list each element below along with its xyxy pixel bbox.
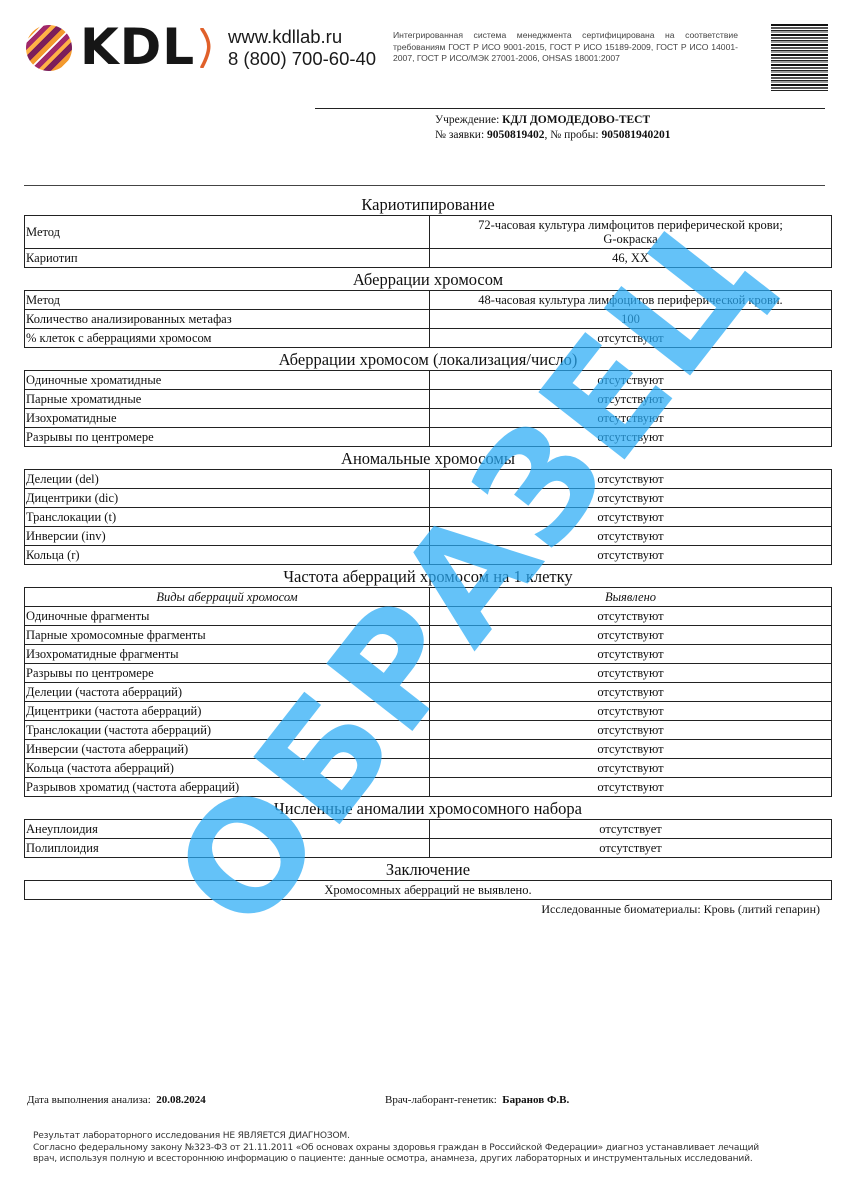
section-title-abnormal: Аномальные хромосомы <box>24 447 832 469</box>
karyotype-value: 46, XX <box>430 249 832 268</box>
row-value: отсутствуют <box>430 607 832 626</box>
row-label: Кольца (r) <box>25 546 430 565</box>
row-label: Кольца (частота аберраций) <box>25 759 430 778</box>
karyotyping-table: Метод 72-часовая культура лимфоцитов пер… <box>24 215 832 268</box>
section-title-karyotyping: Кариотипирование <box>24 193 832 215</box>
table-row: Хромосомных аберраций не выявлено. <box>25 881 832 900</box>
table-row: Метод 72-часовая культура лимфоцитов пер… <box>25 216 832 249</box>
order-line: № заявки: 9050819402, № пробы: 905081940… <box>435 128 670 143</box>
table-row: Делеции (del)отсутствуют <box>25 470 832 489</box>
section-title-conclusion: Заключение <box>24 858 832 880</box>
section-title-frequency: Частота аберраций хромосом на 1 клетку <box>24 565 832 587</box>
table-row: Транслокации (t)отсутствуют <box>25 508 832 527</box>
column-header-found: Выявлено <box>430 588 832 607</box>
doctor-name: Баранов Ф.В. <box>502 1094 569 1106</box>
row-value: отсутствуют <box>430 546 832 565</box>
table-header-row: Виды аберраций хромосом Выявлено <box>25 588 832 607</box>
row-label: Метод <box>25 216 430 249</box>
row-value: 100 <box>430 310 832 329</box>
row-value: отсутствуют <box>430 721 832 740</box>
table-row: Инверсии (частота аберраций)отсутствуют <box>25 740 832 759</box>
sample-number: 905081940201 <box>601 129 670 141</box>
row-value: отсутствуют <box>430 329 832 348</box>
website-link[interactable]: www.kdllab.ru <box>228 26 376 48</box>
row-value: 72-часовая культура лимфоцитов периферич… <box>430 216 832 249</box>
table-row: Количество анализированных метафаз100 <box>25 310 832 329</box>
table-row: Метод48-часовая культура лимфоцитов пери… <box>25 291 832 310</box>
barcode <box>771 24 828 91</box>
phone-number: 8 (800) 700-60-40 <box>228 48 376 70</box>
table-row: Парные хроматидныеотсутствуют <box>25 390 832 409</box>
row-label: Изохроматидные фрагменты <box>25 645 430 664</box>
table-row: Кариотип 46, XX <box>25 249 832 268</box>
row-label: Кариотип <box>25 249 430 268</box>
order-info: Учреждение: КДЛ ДОМОДЕДОВО-ТЕСТ № заявки… <box>435 113 670 143</box>
disclaimer-line: Результат лабораторного исследования НЕ … <box>33 1131 823 1143</box>
row-label: Одиночные хроматидные <box>25 371 430 390</box>
method-line: 72-часовая культура лимфоцитов периферич… <box>431 218 830 232</box>
row-value: отсутствуют <box>430 778 832 797</box>
doctor-label: Врач-лаборант-генетик: <box>385 1094 497 1106</box>
row-label: Парные хромосомные фрагменты <box>25 626 430 645</box>
divider <box>24 185 825 186</box>
row-label: Дицентрики (частота аберраций) <box>25 702 430 721</box>
letterhead: KDL www.kdllab.ru 8 (800) 700-60-40 Инте… <box>0 0 848 100</box>
row-value: отсутствуют <box>430 470 832 489</box>
brand-chevron-icon <box>199 28 213 68</box>
row-value: отсутствуют <box>430 409 832 428</box>
section-title-localization: Аберрации хромосом (локализация/число) <box>24 348 832 370</box>
date-value: 20.08.2024 <box>156 1094 206 1106</box>
table-row: Разрывов хроматид (частота аберраций)отс… <box>25 778 832 797</box>
table-row: Дицентрики (частота аберраций)отсутствую… <box>25 702 832 721</box>
row-value: отсутствуют <box>430 626 832 645</box>
biomaterials-note: Исследованные биоматериалы: Кровь (литий… <box>24 901 832 917</box>
institution-label: Учреждение: <box>435 114 499 126</box>
brand-logo: KDL <box>80 17 195 77</box>
report-body: Кариотипирование Метод 72-часовая культу… <box>24 193 832 917</box>
frequency-table: Виды аберраций хромосом Выявлено Одиночн… <box>24 587 832 797</box>
table-row: Делеции (частота аберраций)отсутствуют <box>25 683 832 702</box>
row-label: Анеуплоидия <box>25 820 430 839</box>
abnormal-chromosomes-table: Делеции (del)отсутствуютДицентрики (dic)… <box>24 469 832 565</box>
date-label: Дата выполнения анализа: <box>27 1094 151 1106</box>
divider <box>315 108 825 109</box>
sample-label: , № пробы: <box>545 129 599 141</box>
row-label: Количество анализированных метафаз <box>25 310 430 329</box>
row-value: отсутствуют <box>430 390 832 409</box>
row-label: Транслокации (t) <box>25 508 430 527</box>
table-row: Транслокации (частота аберраций)отсутств… <box>25 721 832 740</box>
row-value: отсутствуют <box>430 740 832 759</box>
table-row: Изохроматидные фрагментыотсутствуют <box>25 645 832 664</box>
table-row: Кольца (r)отсутствуют <box>25 546 832 565</box>
kdl-logo-sphere-icon <box>26 25 72 71</box>
table-row: Кольца (частота аберраций)отсутствуют <box>25 759 832 778</box>
table-row: Анеуплоидияотсутствует <box>25 820 832 839</box>
contact-block: www.kdllab.ru 8 (800) 700-60-40 <box>228 26 376 70</box>
row-label: Делеции (del) <box>25 470 430 489</box>
section-title-numerical: Численные аномалии хромосомного набора <box>24 797 832 819</box>
row-value: отсутствуют <box>430 428 832 447</box>
table-row: Полиплоидияотсутствует <box>25 839 832 858</box>
column-header-type: Виды аберраций хромосом <box>25 588 430 607</box>
table-row: Парные хромосомные фрагментыотсутствуют <box>25 626 832 645</box>
row-value: отсутствуют <box>430 371 832 390</box>
row-value: отсутствует <box>430 820 832 839</box>
conclusion-table: Хромосомных аберраций не выявлено. <box>24 880 832 900</box>
row-value: отсутствуют <box>430 508 832 527</box>
row-label: Полиплоидия <box>25 839 430 858</box>
row-label: Изохроматидные <box>25 409 430 428</box>
order-label: № заявки: <box>435 129 484 141</box>
row-label: Разрывы по центромере <box>25 664 430 683</box>
analysis-date: Дата выполнения анализа: 20.08.2024 <box>27 1093 206 1107</box>
disclaimer: Результат лабораторного исследования НЕ … <box>33 1131 823 1166</box>
row-label: Инверсии (частота аберраций) <box>25 740 430 759</box>
row-label: % клеток с аберрациями хромосом <box>25 329 430 348</box>
row-label: Транслокации (частота аберраций) <box>25 721 430 740</box>
row-label: Одиночные фрагменты <box>25 607 430 626</box>
table-row: Изохроматидныеотсутствуют <box>25 409 832 428</box>
row-value: отсутствуют <box>430 664 832 683</box>
method-line: G-окраска <box>431 232 830 246</box>
row-label: Разрывов хроматид (частота аберраций) <box>25 778 430 797</box>
disclaimer-line: Согласно федеральному закону №323-ФЗ от … <box>33 1143 823 1155</box>
row-label: Парные хроматидные <box>25 390 430 409</box>
row-label: Делеции (частота аберраций) <box>25 683 430 702</box>
localization-table: Одиночные хроматидныеотсутствуютПарные х… <box>24 370 832 447</box>
institution-name: КДЛ ДОМОДЕДОВО-ТЕСТ <box>502 114 650 126</box>
row-value: 48-часовая культура лимфоцитов периферич… <box>430 291 832 310</box>
table-row: Одиночные фрагментыотсутствуют <box>25 607 832 626</box>
row-value: отсутствует <box>430 839 832 858</box>
table-row: Разрывы по центромереотсутствуют <box>25 428 832 447</box>
row-value: отсутствуют <box>430 645 832 664</box>
numerical-anomalies-table: АнеуплоидияотсутствуетПолиплоидияотсутст… <box>24 819 832 858</box>
institution-line: Учреждение: КДЛ ДОМОДЕДОВО-ТЕСТ <box>435 113 670 128</box>
aberrations-table: Метод48-часовая культура лимфоцитов пери… <box>24 290 832 348</box>
table-row: Инверсии (inv)отсутствуют <box>25 527 832 546</box>
row-value: отсутствуют <box>430 683 832 702</box>
row-value: отсутствуют <box>430 702 832 721</box>
row-value: отсутствуют <box>430 489 832 508</box>
row-value: отсутствуют <box>430 527 832 546</box>
disclaimer-line: врач, используя полную и всестороннюю ин… <box>33 1154 823 1166</box>
table-row: Разрывы по центромереотсутствуют <box>25 664 832 683</box>
row-label: Метод <box>25 291 430 310</box>
section-title-aberrations: Аберрации хромосом <box>24 268 832 290</box>
order-number: 9050819402 <box>487 129 545 141</box>
table-row: % клеток с аберрациями хромосомотсутству… <box>25 329 832 348</box>
row-label: Разрывы по центромере <box>25 428 430 447</box>
row-label: Инверсии (inv) <box>25 527 430 546</box>
certification-text: Интегрированная система менеджмента серт… <box>393 30 738 65</box>
table-row: Дицентрики (dic)отсутствуют <box>25 489 832 508</box>
row-value: отсутствуют <box>430 759 832 778</box>
conclusion-text: Хромосомных аберраций не выявлено. <box>25 881 832 900</box>
row-label: Дицентрики (dic) <box>25 489 430 508</box>
doctor-signature: Врач-лаборант-генетик: Баранов Ф.В. <box>385 1093 569 1107</box>
table-row: Одиночные хроматидныеотсутствуют <box>25 371 832 390</box>
